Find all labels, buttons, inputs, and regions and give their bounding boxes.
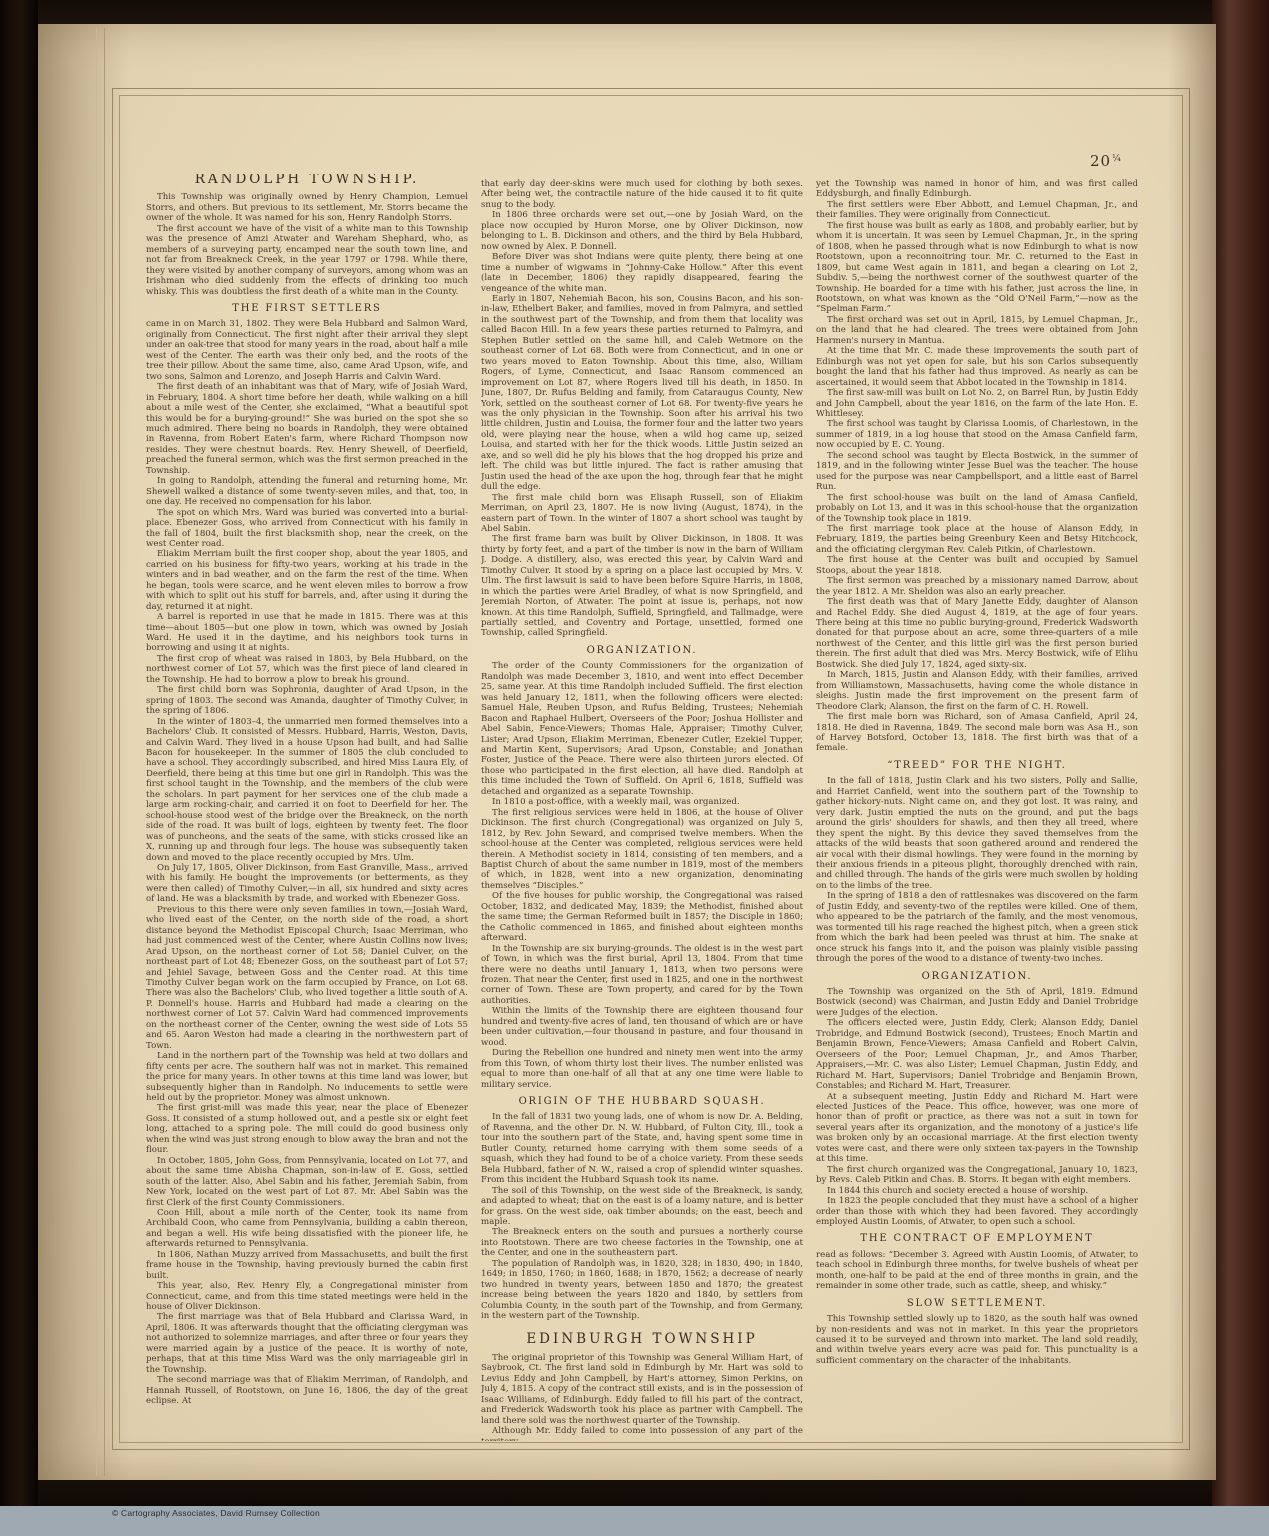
paragraph: The order of the County Commissioners fo… — [481, 661, 803, 797]
paragraph: The first child born was Sophronia, daug… — [146, 685, 468, 716]
paragraph: Within the limits of the Township there … — [481, 1006, 803, 1048]
paragraph: The first house at the Center was built … — [816, 555, 1138, 576]
paragraph: In 1844 this church and society erected … — [816, 1186, 1138, 1196]
paragraph: In 1806 three orchards were set out,—one… — [481, 210, 803, 252]
page-gutter-line — [104, 28, 105, 1476]
column-3: yet the Township was named in honor of h… — [816, 174, 1138, 1441]
paragraph: In the spring of 1818 a den of rattlesna… — [816, 891, 1138, 964]
book-cover-right-edge — [1212, 0, 1269, 1506]
paragraph: The first religious services were held i… — [481, 808, 803, 892]
paragraph: In the fall of 1831 two young lads, one … — [481, 1112, 803, 1185]
paragraph: Early in 1807, Nehemiah Bacon, his son, … — [481, 294, 803, 493]
paragraph: The first marriage took place at the hou… — [816, 524, 1138, 555]
text-columns: RANDOLPH TOWNSHIP.This Township was orig… — [146, 174, 1138, 1436]
section-heading: “TREED” FOR THE NIGHT. — [816, 761, 1138, 771]
paragraph: At the time that Mr. C. made these impro… — [816, 346, 1138, 388]
paragraph: The first death was that of Mary Janette… — [816, 597, 1138, 670]
paragraph: Of the five houses for public worship, t… — [481, 891, 803, 943]
column-1: RANDOLPH TOWNSHIP.This Township was orig… — [146, 174, 468, 1436]
paragraph: yet the Township was named in honor of h… — [816, 179, 1138, 200]
section-heading: SLOW SETTLEMENT. — [816, 1299, 1138, 1309]
page-number-fraction: ¼ — [1112, 154, 1122, 164]
paragraph: In March, 1815, Justin and Alanson Eddy,… — [816, 670, 1138, 712]
paragraph: The first grist-mill was made this year,… — [146, 1103, 468, 1155]
paragraph: The first school-house was built on the … — [816, 493, 1138, 524]
paragraph: The Breakneck enters on the south and pu… — [481, 1227, 803, 1258]
paragraph: Although Mr. Eddy failed to come into po… — [481, 1426, 803, 1441]
paragraph: The first male born was Richard, son of … — [816, 712, 1138, 754]
paragraph: The spot on which Mrs. Ward was buried w… — [146, 508, 468, 550]
section-heading: ORGANIZATION. — [816, 972, 1138, 982]
paragraph: that early day deer-skins were much used… — [481, 179, 803, 210]
township-heading: EDINBURGH TOWNSHIP — [481, 1334, 803, 1344]
paragraph: Before Diver was shot Indians were quite… — [481, 252, 803, 294]
page-number-whole: 20 — [1090, 152, 1111, 170]
paragraph: The first saw-mill was built on Lot No. … — [816, 388, 1138, 419]
paragraph: The first church organized was the Congr… — [816, 1165, 1138, 1186]
paragraph: read as follows: “December 3. Agreed wit… — [816, 1250, 1138, 1292]
paragraph: A barrel is reported in use that he made… — [146, 612, 468, 654]
paragraph: Land in the northern part of the Townshi… — [146, 1051, 468, 1103]
paragraph: During the Rebellion one hundred and nin… — [481, 1048, 803, 1090]
paragraph: The first crop of wheat was raised in 18… — [146, 654, 468, 685]
paragraph: came in on March 31, 1802. They were Bel… — [146, 319, 468, 382]
paragraph: In 1823 the people concluded that they m… — [816, 1196, 1138, 1227]
paragraph: The first sermon was preached by a missi… — [816, 576, 1138, 597]
column-2: that early day deer-skins were much used… — [481, 174, 803, 1441]
paragraph: Coon Hill, about a mile north of the Cen… — [146, 1208, 468, 1250]
paragraph: The first frame barn was built by Oliver… — [481, 534, 803, 639]
atlas-page: 20¼ RANDOLPH TOWNSHIP.This Township was … — [38, 24, 1216, 1480]
paragraph: In going to Randolph, attending the fune… — [146, 476, 468, 507]
paragraph: This Township was originally owned by He… — [146, 192, 468, 223]
book-spine — [0, 0, 38, 1506]
paragraph: The population of Randolph was, in 1820,… — [481, 1259, 803, 1322]
paragraph: Eliakim Merriam built the first cooper s… — [146, 549, 468, 612]
paragraph: The second marriage was that of Eliakim … — [146, 1375, 468, 1406]
paragraph: The first settlers were Eber Abbott, and… — [816, 200, 1138, 221]
paragraph: The first orchard was set out in April, … — [816, 315, 1138, 346]
paragraph: At a subsequent meeting, Justin Eddy and… — [816, 1092, 1138, 1165]
paragraph: In the winter of 1803–4, the unmarried m… — [146, 717, 468, 863]
paragraph: The soil of this Township, on the west s… — [481, 1186, 803, 1228]
paragraph: The original proprietor of this Township… — [481, 1353, 803, 1426]
paragraph: In the Township are six burying-grounds.… — [481, 944, 803, 1007]
paragraph: The Township was organized on the 5th of… — [816, 987, 1138, 1018]
scan-background: 20¼ RANDOLPH TOWNSHIP.This Township was … — [0, 0, 1269, 1536]
paragraph: On July 17, 1805, Oliver Dickinson, from… — [146, 863, 468, 905]
page-number: 20¼ — [1090, 152, 1122, 170]
copyright-text: © Cartography Associates, David Rumsey C… — [112, 1508, 320, 1518]
paragraph: In the fall of 1818, Justin Clark and hi… — [816, 776, 1138, 891]
paragraph: In October, 1805, John Goss, from Pennsy… — [146, 1156, 468, 1208]
section-heading: THE CONTRACT OF EMPLOYMENT — [816, 1234, 1138, 1244]
paragraph: This Township settled slowly up to 1820,… — [816, 1314, 1138, 1366]
paragraph: The first male child born was Elisaph Ru… — [481, 493, 803, 535]
paragraph: The first house was built as early as 18… — [816, 221, 1138, 315]
paragraph: The officers elected were, Justin Eddy, … — [816, 1018, 1138, 1091]
paragraph: The first account we have of the visit o… — [146, 224, 468, 297]
paragraph: This year, also, Rev. Henry Ely, a Congr… — [146, 1281, 468, 1312]
township-heading: RANDOLPH TOWNSHIP. — [146, 174, 468, 184]
page-gutter-line — [96, 28, 97, 1476]
section-heading: ORIGIN OF THE HUBBARD SQUASH. — [481, 1097, 803, 1107]
paragraph: The second school was taught by Electa B… — [816, 451, 1138, 493]
paragraph: In 1806, Nathan Muzzy arrived from Massa… — [146, 1250, 468, 1281]
section-heading: ORGANIZATION. — [481, 646, 803, 656]
section-heading: THE FIRST SETTLERS — [146, 304, 468, 314]
paragraph: In 1810 a post-office, with a weekly mai… — [481, 797, 803, 807]
paragraph: The first marriage was that of Bela Hubb… — [146, 1312, 468, 1375]
paragraph: Previous to this there were only seven f… — [146, 905, 468, 1051]
paragraph: The first school was taught by Clarissa … — [816, 419, 1138, 450]
paragraph: The first death of an inhabitant was tha… — [146, 382, 468, 476]
